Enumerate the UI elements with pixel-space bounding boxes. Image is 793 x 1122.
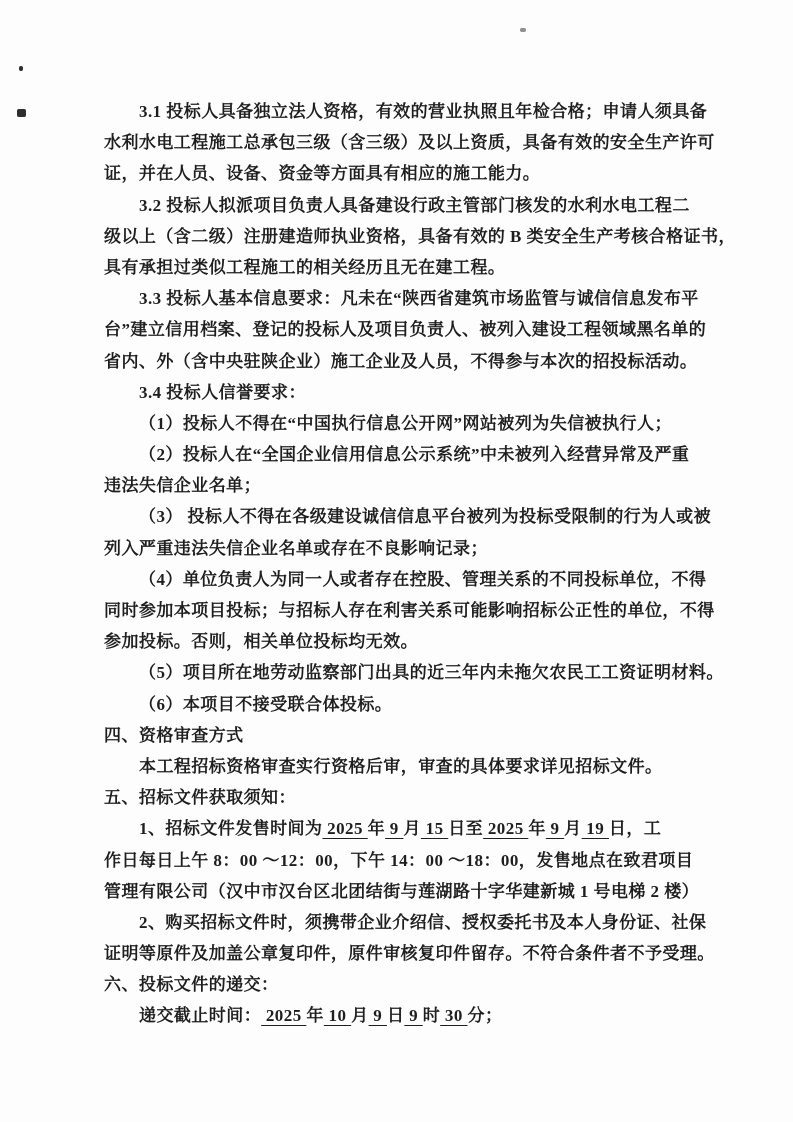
speck-top-center [520,28,526,32]
section-5-item-1-line-1: 1、招标文件发售时间为 2025 年 9 月 15 日至 2025 年 9 月 … [104,813,712,844]
underlined-fill-in-value: 30 [440,1006,467,1025]
text-run: 水利水电工程施工总承包三级（含三级）及以上资质，具备有效的安全生产许可 [104,133,715,152]
clause-3-2-line-1: 3.2 投标人拟派项目负责人具备建设行政主管部门核发的水利水电工程二 [104,190,712,221]
text-run: 五、招标文件获取须知： [104,788,296,807]
text-run: 证，并在人员、设备、资金等方面具有相应的施工能力。 [104,164,540,183]
text-run: 具有承担过类似工程施工的相关经历且无在建工程。 [104,258,505,277]
underlined-fill-in-value: 10 [324,1006,351,1025]
text-run: 年 [368,819,385,838]
text-run: （5）项目所在地劳动监察部门出具的近三年内未拖欠农民工工资证明材料。 [139,663,724,682]
text-run: 月 [351,1006,368,1025]
credit-item-6: （6）本项目不接受联合体投标。 [104,689,712,720]
text-run: （3） 投标人不得在各级建设诚信信息平台被列为投标受限制的行为人或被 [139,507,711,526]
text-run: 违法失信企业名单； [104,476,261,495]
underlined-fill-in-value: 9 [369,1006,387,1025]
speck-left-check [17,109,26,117]
text-run: 月 [403,819,420,838]
text-run: 六、投标文件的递交： [104,975,279,994]
text-run: 参加投标。否则，相关单位投标均无效。 [104,632,418,651]
text-run: 年 [528,819,545,838]
text-run: （4）单位负责人为同一人或者存在控股、管理关系的不同投标单位，不得 [139,570,706,589]
credit-item-2-line-1: （2）投标人在“全国企业信用信息公示系统”中未被列入经营异常及严重 [104,439,712,470]
clause-3-2-line-2: 级以上（含二级）注册建造师执业资格，具备有效的 B 类安全生产考核合格证书， [104,221,712,252]
clause-3-1-line-1: 3.1 投标人具备独立法人资格，有效的营业执照且年检合格；申请人须具备 [104,96,712,127]
document-page: 3.1 投标人具备独立法人资格，有效的营业执照且年检合格；申请人须具备水利水电工… [0,0,793,1122]
section-5-item-2-line-2: 证明等原件及加盖公章复印件，原件审核复印件留存。不符合条件者不予受理。 [104,938,712,969]
text-run: 3.3 投标人基本信息要求：凡未在“陕西省建筑市场监管与诚信信息发布平 [139,289,699,308]
clause-3-1-line-2: 水利水电工程施工总承包三级（含三级）及以上资质，具备有效的安全生产许可 [104,127,712,158]
text-run: 级以上（含二级）注册建造师执业资格，具备有效的 B 类安全生产考核合格证书， [104,227,736,246]
text-run: 同时参加本项目投标；与招标人存在利害关系可能影响招标公正性的单位，不得 [104,601,715,620]
credit-item-4-line-1: （4）单位负责人为同一人或者存在控股、管理关系的不同投标单位，不得 [104,564,712,595]
text-run: 2、购买招标文件时，须携带企业介绍信、授权委托书及本人身份证、社保 [139,913,706,932]
text-run: 日，工 [609,819,661,838]
text-run: 省内、外（含中央驻陕企业）施工企业及人员，不得参与本次的招投标活动。 [104,352,697,371]
text-run: 四、资格审查方式 [104,726,244,745]
section-4-body: 本工程招标资格审查实行资格后审，审查的具体要求详见招标文件。 [104,751,712,782]
underlined-fill-in-value: 9 [546,819,564,838]
credit-item-3-line-2: 列入严重违法失信企业名单或存在不良影响记录； [104,533,712,564]
text-run: 本工程招标资格审查实行资格后审，审查的具体要求详见招标文件。 [139,757,663,776]
clause-3-4-title: 3.4 投标人信誉要求： [104,377,712,408]
clause-3-3-line-3: 省内、外（含中央驻陕企业）施工企业及人员，不得参与本次的招投标活动。 [104,346,712,377]
underlined-fill-in-value: 2025 [483,819,528,838]
credit-item-3-line-1: （3） 投标人不得在各级建设诚信信息平台被列为投标受限制的行为人或被 [104,501,712,532]
underlined-fill-in-value: 15 [421,819,448,838]
text-run: 年 [306,1006,323,1025]
clause-3-2-line-3: 具有承担过类似工程施工的相关经历且无在建工程。 [104,252,712,283]
text-run: 3.1 投标人具备独立法人资格，有效的营业执照且年检合格；申请人须具备 [139,102,707,121]
submission-deadline: 递交截止时间： 2025 年 10 月 9 日 9 时 30 分； [104,1000,712,1031]
text-run: 作日每日上午 8：00 ～12：00，下午 14：00 ～18：00，发售地点在… [104,851,693,870]
underlined-fill-in-value: 2025 [261,1006,306,1025]
credit-item-1: （1）投标人不得在“中国执行信息公开网”网站被列为失信被执行人； [104,408,712,439]
text-run: 3.2 投标人拟派项目负责人具备建设行政主管部门核发的水利水电工程二 [139,196,690,215]
credit-item-4-line-3: 参加投标。否则，相关单位投标均无效。 [104,626,712,657]
section-5-item-1-line-3: 管理有限公司（汉中市汉台区北团结街与莲湖路十字华建新城 1 号电梯 2 楼） [104,876,712,907]
credit-item-2-line-2: 违法失信企业名单； [104,470,712,501]
document-text: 3.1 投标人具备独立法人资格，有效的营业执照且年检合格；申请人须具备水利水电工… [104,96,712,1032]
text-run: 时 [423,1006,440,1025]
clause-3-3-line-1: 3.3 投标人基本信息要求：凡未在“陕西省建筑市场监管与诚信信息发布平 [104,283,712,314]
section-5-item-2-line-1: 2、购买招标文件时，须携带企业介绍信、授权委托书及本人身份证、社保 [104,907,712,938]
text-run: 证明等原件及加盖公章复印件，原件审核复印件留存。不符合条件者不予受理。 [104,944,715,963]
text-run: 月 [564,819,581,838]
text-run: 递交截止时间： [139,1006,261,1025]
text-run: 台”建立信用档案、登记的投标人及项目负责人、被列入建设工程领域黑名单的 [104,320,706,339]
speck-left-upper [19,66,23,71]
underlined-fill-in-value: 19 [582,819,609,838]
text-run: 分； [468,1006,503,1025]
text-run: 管理有限公司（汉中市汉台区北团结街与莲湖路十字华建新城 1 号电梯 2 楼） [104,882,699,901]
text-run: （6）本项目不接受联合体投标。 [139,695,392,714]
text-run: （1）投标人不得在“中国执行信息公开网”网站被列为失信被执行人； [139,414,672,433]
clause-3-1-line-3: 证，并在人员、设备、资金等方面具有相应的施工能力。 [104,158,712,189]
text-run: 日至 [448,819,483,838]
section-5-item-1-line-2: 作日每日上午 8：00 ～12：00，下午 14：00 ～18：00，发售地点在… [104,845,712,876]
text-run: 3.4 投标人信誉要求： [139,383,306,402]
heading-section-6: 六、投标文件的递交： [104,969,712,1000]
text-run: （2）投标人在“全国企业信用信息公示系统”中未被列入经营异常及严重 [139,445,689,464]
text-run: 列入严重违法失信企业名单或存在不良影响记录； [104,539,488,558]
credit-item-5: （5）项目所在地劳动监察部门出具的近三年内未拖欠农民工工资证明材料。 [104,657,712,688]
text-run: 1、招标文件发售时间为 [139,819,322,838]
heading-section-4: 四、资格审查方式 [104,720,712,751]
underlined-fill-in-value: 9 [385,819,403,838]
underlined-fill-in-value: 9 [404,1006,422,1025]
text-run: 日 [387,1006,404,1025]
clause-3-3-line-2: 台”建立信用档案、登记的投标人及项目负责人、被列入建设工程领域黑名单的 [104,314,712,345]
heading-section-5: 五、招标文件获取须知： [104,782,712,813]
credit-item-4-line-2: 同时参加本项目投标；与招标人存在利害关系可能影响招标公正性的单位，不得 [104,595,712,626]
underlined-fill-in-value: 2025 [322,819,367,838]
